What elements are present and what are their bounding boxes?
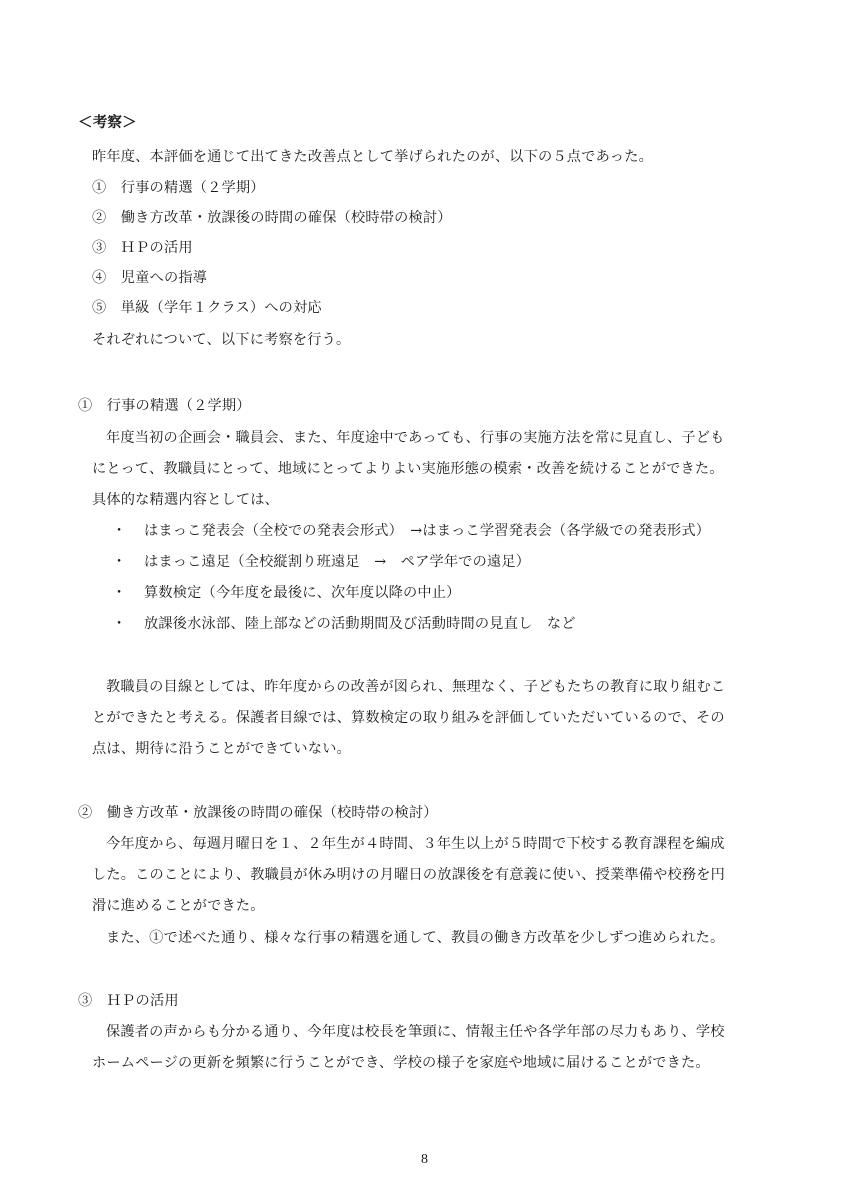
point-item-1: ① 行事の精選（２学期） bbox=[92, 178, 265, 198]
section-2-paragraph2-line: また、①で述べた通り、様々な行事の精選を通して、教員の働き方改革を少しずつ進めら… bbox=[106, 928, 724, 948]
section-2-paragraph-line: 今年度から、毎週月曜日を１、２年生が４時間、３年生以上が５時間で下校する教育課程… bbox=[106, 834, 725, 854]
point-item-4: ④ 児童への指導 bbox=[92, 268, 207, 288]
section-2-paragraph-line: した。このことにより、教職員が休み明けの月曜日の放課後を有意義に使い、授業準備や… bbox=[92, 865, 725, 885]
section-1-paragraph-line: にとって、教職員にとって、地域にとってよりよい実施形態の模索・改善を続けることが… bbox=[92, 459, 724, 479]
section-2-paragraph-line: 滑に進めることができた。 bbox=[92, 896, 265, 916]
section-2-title: ② 働き方改革・放課後の時間の確保（校時帯の検討） bbox=[78, 803, 438, 823]
bullet-icon: ・ bbox=[112, 614, 144, 634]
intro-paragraph: 昨年度、本評価を通じて出てきた改善点として挙げられたのが、以下の５点であった。 bbox=[92, 147, 653, 167]
section-3-paragraph-line: ホームページの更新を頻繁に行うことができ、学校の様子を家庭や地域に届けることがで… bbox=[92, 1053, 710, 1073]
section-1-paragraph2-line: とができたと考える。保護者目線では、算数検定の取り組みを評価していただいているの… bbox=[92, 708, 725, 728]
bullet-item: ・放課後水泳部、陸上部などの活動期間及び活動時間の見直し など bbox=[112, 614, 576, 634]
section-heading: ＜考察＞ bbox=[78, 113, 137, 133]
point-item-3: ③ ＨＰの活用 bbox=[92, 238, 193, 258]
bullet-icon: ・ bbox=[112, 552, 144, 572]
section-1-paragraph-line: 具体的な精選内容としては、 bbox=[92, 490, 279, 510]
intro-closing: それぞれについて、以下に考察を行う。 bbox=[92, 330, 350, 350]
bullet-text: 算数検定（今年度を最後に、次年度以降の中止） bbox=[144, 585, 461, 601]
point-item-2: ② 働き方改革・放課後の時間の確保（校時帯の検討） bbox=[92, 208, 452, 228]
bullet-text: はまっこ遠足（全校縦割り班遠足 → ペア学年での遠足） bbox=[144, 554, 530, 570]
section-1-paragraph-line: 年度当初の企画会・職員会、また、年度途中であっても、行事の実施方法を常に見直し、… bbox=[106, 428, 725, 448]
bullet-item: ・はまっこ発表会（全校での発表会形式） →はまっこ学習発表会（各学級での発表形式… bbox=[112, 521, 710, 541]
section-3-paragraph-line: 保護者の声からも分かる通り、今年度は校長を筆頭に、情報主任や各学年部の尽力もあり… bbox=[106, 1022, 725, 1042]
bullet-icon: ・ bbox=[112, 583, 144, 603]
bullet-item: ・はまっこ遠足（全校縦割り班遠足 → ペア学年での遠足） bbox=[112, 552, 530, 572]
bullet-text: はまっこ発表会（全校での発表会形式） →はまっこ学習発表会（各学級での発表形式） bbox=[144, 523, 710, 539]
section-1-paragraph2-line: 教職員の目線としては、昨年度からの改善が図られ、無理なく、子どもたちの教育に取り… bbox=[106, 677, 725, 697]
document-page: ＜考察＞ 昨年度、本評価を通じて出てきた改善点として挙げられたのが、以下の５点で… bbox=[0, 0, 849, 1200]
page-number: 8 bbox=[0, 1152, 849, 1168]
section-1-title: ① 行事の精選（２学期） bbox=[78, 396, 251, 416]
bullet-item: ・算数検定（今年度を最後に、次年度以降の中止） bbox=[112, 583, 461, 603]
point-item-5: ⑤ 単級（学年１クラス）への対応 bbox=[92, 298, 322, 318]
section-1-paragraph2-line: 点は、期待に沿うことができていない。 bbox=[92, 739, 351, 759]
section-3-title: ③ ＨＰの活用 bbox=[78, 991, 179, 1011]
bullet-text: 放課後水泳部、陸上部などの活動期間及び活動時間の見直し など bbox=[144, 616, 576, 632]
bullet-icon: ・ bbox=[112, 521, 144, 541]
